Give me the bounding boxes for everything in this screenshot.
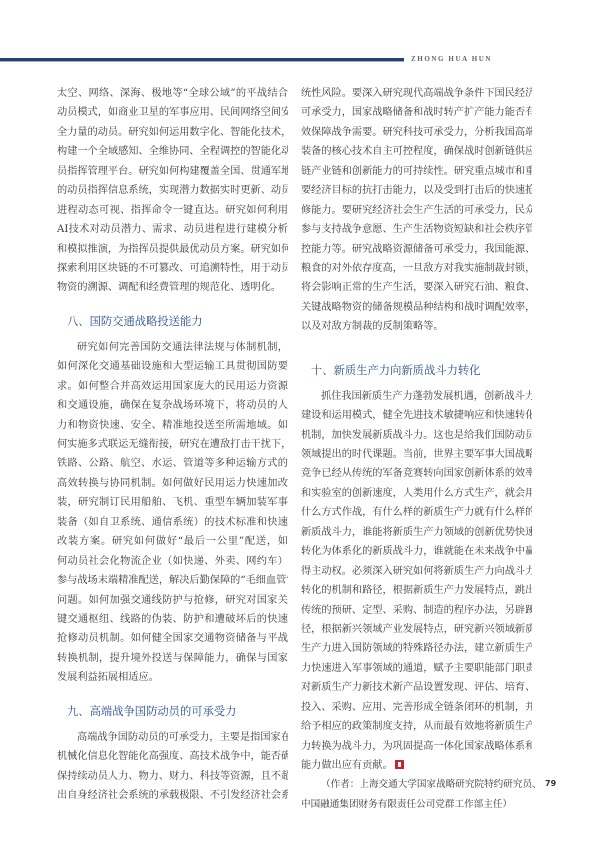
page-number: 79	[545, 779, 556, 788]
text-line: 以及对敌方制裁的反制策略等。	[301, 317, 532, 336]
text-line: 太空、网络、深海、极地等“全球公域”的平战结合	[57, 84, 288, 103]
magazine-brand: ZHONG HUA HUN	[411, 55, 492, 63]
text-line: 什么方式作战，有什么样的新质生产力就有什么样的	[301, 503, 532, 522]
text-line: 物资的溯源、调配和经费管理的规范化、透明化。	[57, 278, 288, 297]
text-line: 关键战略物资的储备规模品种结构和战时调配效率，	[301, 298, 532, 317]
section-heading-8: 八、国防交通战略投送能力	[57, 310, 288, 334]
text-line: 和模拟推演，为指挥员提供最优动员方案。研究如何	[57, 240, 288, 259]
text-line: 和实验室的创新速度，人类用什么方式生产，就会用	[301, 484, 532, 503]
text-line: 机制，加快发展新质战斗力。这也是给我们国防动员	[301, 426, 532, 445]
left-column: 太空、网络、深海、极地等“全球公域”的平战结合 动员模式，如商业卫星的军事应用、…	[57, 84, 288, 805]
text-line: 发展利益拓展相适应。	[57, 668, 288, 687]
text-line: 全力量的动员。研究如何运用数字化、智能化技术，	[57, 123, 288, 142]
section-8-body: 研究如何完善国防交通法律法规与体制机制， 如何深化交通基础设施和大型运输工具贯彻…	[57, 338, 288, 688]
text-line: 力快速进入军事领域的通道，赋予主要职能部门职责，	[301, 659, 532, 678]
text-line: 求。如何整合并高效运用国家庞大的民用运力资源	[57, 377, 288, 396]
header-rule	[0, 58, 404, 62]
final-text-line: 能力做出应有贡献。	[301, 756, 532, 775]
text-line: 保持续动员人力、物力、财力、科技等资源，且不超	[57, 767, 288, 786]
text-line: 装备的核心技术自主可控程度，确保战时创新链供应	[301, 142, 532, 161]
text-line: 修能力。要研究经济社会生产生活的可承受力，民众	[301, 201, 532, 220]
author-line-1: （作者：上海交通大学国家战略研究院特约研究员、	[301, 775, 532, 794]
text-line: 效保障战争需要。研究科技可承受力，分析我国高端	[301, 123, 532, 142]
section-10-body: 抓住我国新质生产力蓬勃发展机遇，创新战斗力 建设和运用模式，健全先进技术敏捷响应…	[301, 387, 532, 776]
text-line: 投入、采购、应用、完善形成全链条闭环的机制，并	[301, 698, 532, 717]
text-line: 铁路、公路、航空、水运、管道等多种运输方式的	[57, 454, 288, 473]
text-line: 控能力等。研究战略资源储备可承受力，我国能源、	[301, 240, 532, 259]
text-line: 装，研究制订民用船舶、飞机、重型车辆加装军事	[57, 493, 288, 512]
text-line: 建设和运用模式，健全先进技术敏捷响应和快速转化	[301, 406, 532, 425]
text-line: 链产业链和创新能力的可持续性。研究重点城市和重	[301, 162, 532, 181]
text-line: 进程动态可视、指挥命令一键直达。研究如何利用	[57, 201, 288, 220]
text-line: 机械化信息化智能化高强度、高技术战争中，能否确	[57, 747, 288, 766]
text-line: 动员模式，如商业卫星的军事应用、民间网络空间安	[57, 103, 288, 122]
text-line: 生产力进入国防领域的特殊路径办法，建立新质生产	[301, 639, 532, 658]
text-line: 领域提出的时代课题。当前，世界主要军事大国战略	[301, 445, 532, 464]
text-line: 键交通枢纽、线路的伪装、防护和遭破坏后的快速	[57, 610, 288, 629]
text-line: 竞争已经从传统的军备竞赛转向国家创新体系的效率	[301, 464, 532, 483]
text-line: 转化的机制和路径，根据新质生产力发展特点，跳出	[301, 581, 532, 600]
text-line: AI技术对动员潜力、需求、动员进程进行建模分析	[57, 220, 288, 239]
text-line: 和交通设施，确保在复杂战场环境下，将动员的人	[57, 396, 288, 415]
text-line: 高端战争国防动员的可承受力，主要是指国家在	[57, 728, 288, 747]
text-line: 参与战场末端精准配送，解决后勤保障的“毛细血管”	[57, 571, 288, 590]
end-of-article-icon	[395, 760, 404, 769]
text-line: 研究如何完善国防交通法律法规与体制机制，	[57, 338, 288, 357]
text-line: 构建一个全域感知、全维协同、全程调控的智能化动	[57, 142, 288, 161]
text-line: 抓住我国新质生产力蓬勃发展机遇，创新战斗力	[301, 387, 532, 406]
text-line: 抢修动员机制。如何健全国家交通物资储备与平战	[57, 629, 288, 648]
text-line: 将会影响正常的生产生活，要深入研究石油、粮食、	[301, 278, 532, 297]
section-heading-9: 九、高端战争国防动员的可承受力	[57, 700, 288, 724]
continued-paragraph: 太空、网络、深海、极地等“全球公域”的平战结合 动员模式，如商业卫星的军事应用、…	[57, 84, 288, 298]
text-line: 出自身经济社会系统的承载极限、不引发经济社会系	[57, 786, 288, 805]
text-line: 得主动权。必须深入研究如何将新质生产力向战斗力	[301, 562, 532, 581]
text-line: 径，根据新兴领域产业发展特点，研究新兴领域新质	[301, 620, 532, 639]
text-line: 转化为体系化的新质战斗力，谁就能在未来战争中赢	[301, 542, 532, 561]
text-line: 探索利用区块链的不可篡改、可追溯特性，用于动员	[57, 259, 288, 278]
section-9-body: 高端战争国防动员的可承受力，主要是指国家在 机械化信息化智能化高强度、高技术战争…	[57, 728, 288, 806]
text-line: 能力做出应有贡献。	[301, 760, 393, 771]
text-line: 问题。如何加强交通线防护与抢修，研究对国家关	[57, 591, 288, 610]
right-column: 统性风险。要深入研究现代高端战争条件下国民经济 可承受力，国家战略储备和战时转产…	[301, 84, 532, 814]
text-line: 如何深化交通基础设施和大型运输工具贯彻国防要	[57, 357, 288, 376]
text-line: 统性风险。要深入研究现代高端战争条件下国民经济	[301, 84, 532, 103]
text-line: 力转换为战斗力，为巩固提高一体化国家战略体系和	[301, 737, 532, 756]
text-line: 新质战斗力，谁能将新质生产力领域的创新优势快速	[301, 523, 532, 542]
text-line: 可承受力，国家战略储备和战时转产扩产能力能否有	[301, 103, 532, 122]
text-line: 改装方案。研究如何做好“最后一公里”配送，如	[57, 532, 288, 551]
text-line: 粮食的对外依存度高，一旦敌方对我实施制裁封锁，	[301, 259, 532, 278]
continued-paragraph: 统性风险。要深入研究现代高端战争条件下国民经济 可承受力，国家战略储备和战时转产…	[301, 84, 532, 337]
text-line: 何实施多式联运无缝衔接，研究在遭敌打击干扰下，	[57, 435, 288, 454]
text-line: 装备（如自卫系统、通信系统）的技术标准和快速	[57, 513, 288, 532]
text-line: 传统的预研、定型、采购、制造的程序办法，另辟蹊	[301, 601, 532, 620]
text-line: 高效转换与协同机制。如何做好民用运力快速加改	[57, 474, 288, 493]
text-line: 何动员社会化物流企业（如快递、外卖、网约车）	[57, 552, 288, 571]
author-line-2: 中国融通集团财务有限责任公司党群工作部主任）	[301, 795, 532, 814]
text-line: 力和物资快速、安全、精准地投送至所需地域。如	[57, 416, 288, 435]
text-line: 的动员指挥信息系统，实现潜力数据实时更新、动员	[57, 181, 288, 200]
text-line: 参与支持战争意愿、生产生活物资短缺和社会秩序管	[301, 220, 532, 239]
text-line: 对新质生产力新技术新产品设置发现、评估、培育、	[301, 678, 532, 697]
text-line: 给予相应的政策制度支持，从而最有效地将新质生产	[301, 717, 532, 736]
section-heading-10: 十、新质生产力向新质战斗力转化	[301, 359, 532, 383]
text-line: 员指挥管理平台。研究如何构建覆盖全国、贯通军地	[57, 162, 288, 181]
text-line: 转换机制，提升境外投送与保障能力，确保与国家	[57, 649, 288, 668]
text-line: 要经济目标的抗打击能力，以及受到打击后的快速抢	[301, 181, 532, 200]
